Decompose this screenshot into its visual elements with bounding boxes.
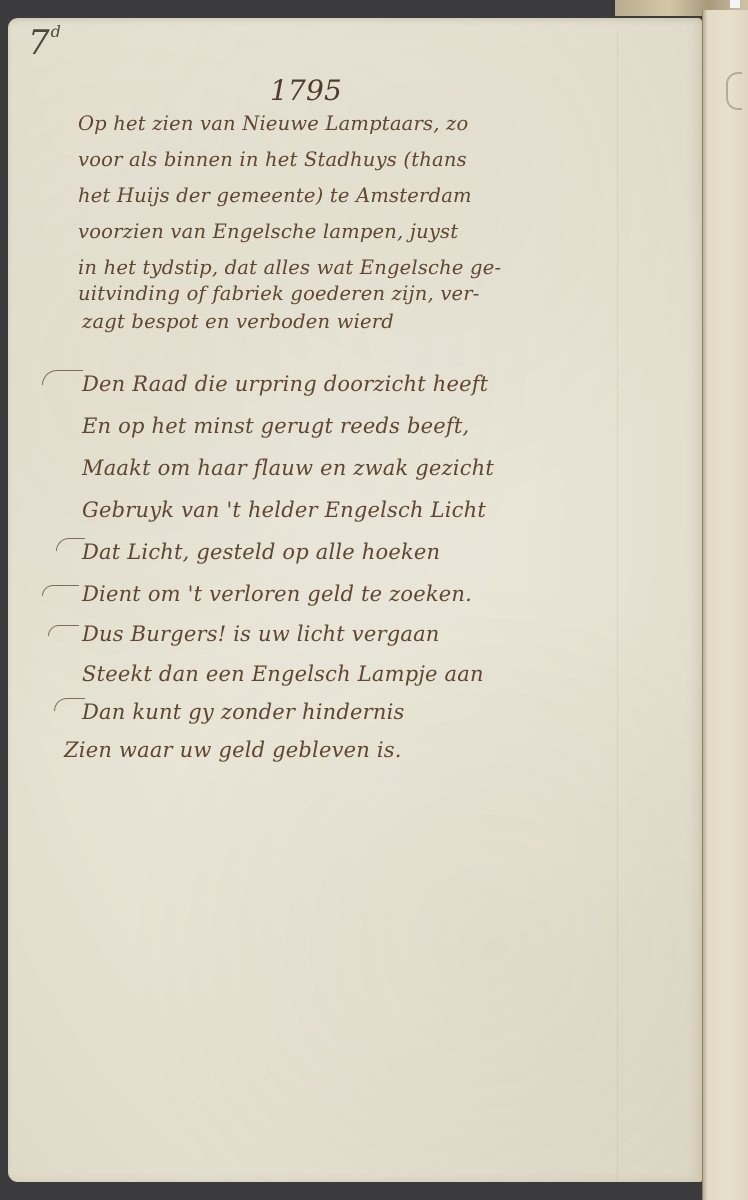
adjacent-page-ink-mark	[726, 72, 742, 110]
verse-flourish-4	[48, 625, 79, 636]
verse-line-8: Steekt dan een Engelsch Lampje aan	[82, 662, 484, 686]
verse-line-6: Dient om 't verloren geld te zoeken.	[82, 582, 472, 606]
heading-line-7: zagt bespot en verboden wierd	[82, 310, 394, 333]
heading-line-1: Op het zien van Nieuwe Lamptaars, zo	[78, 112, 468, 135]
heading-line-2: voor als binnen in het Stadhuys (thans	[78, 148, 467, 171]
page-fold-line	[617, 30, 618, 1180]
verse-flourish-1	[42, 370, 83, 385]
verse-line-1: Den Raad die urpring doorzicht heeft	[82, 372, 488, 396]
heading-line-3: het Huijs der gemeente) te Amsterdam	[78, 184, 472, 207]
heading-line-4: voorzien van Engelsche lampen, juyst	[78, 220, 458, 243]
verse-line-4: Gebruyk van 't helder Engelsch Licht	[82, 498, 486, 522]
scan-corner-marker	[730, 0, 740, 8]
folio-number-value: 7	[28, 23, 50, 63]
verse-flourish-2	[56, 538, 85, 551]
heading-line-5: in het tydstip, dat alles wat Engelsche …	[78, 256, 501, 279]
folio-number-suffix: d	[51, 22, 61, 41]
adjacent-page-edge	[702, 10, 748, 1200]
verse-flourish-5	[54, 698, 85, 711]
verse-line-7: Dus Burgers! is uw licht vergaan	[82, 622, 440, 646]
verse-flourish-3	[42, 585, 79, 596]
folio-number: 7d	[28, 26, 60, 60]
verse-line-3: Maakt om haar flauw en zwak gezicht	[82, 456, 494, 480]
verse-line-10: Zien waar uw geld gebleven is.	[64, 738, 402, 762]
year-heading: 1795	[270, 74, 342, 107]
verse-line-5: Dat Licht, gesteld op alle hoeken	[82, 540, 440, 564]
verse-line-9: Dan kunt gy zonder hindernis	[82, 700, 405, 724]
heading-line-6: uitvinding of fabriek goederen zijn, ver…	[78, 282, 480, 305]
manuscript-scan: 7d 1795 Op het zien van Nieuwe Lamptaars…	[0, 0, 748, 1200]
verse-line-2: En op het minst gerugt reeds beeft,	[82, 414, 469, 438]
